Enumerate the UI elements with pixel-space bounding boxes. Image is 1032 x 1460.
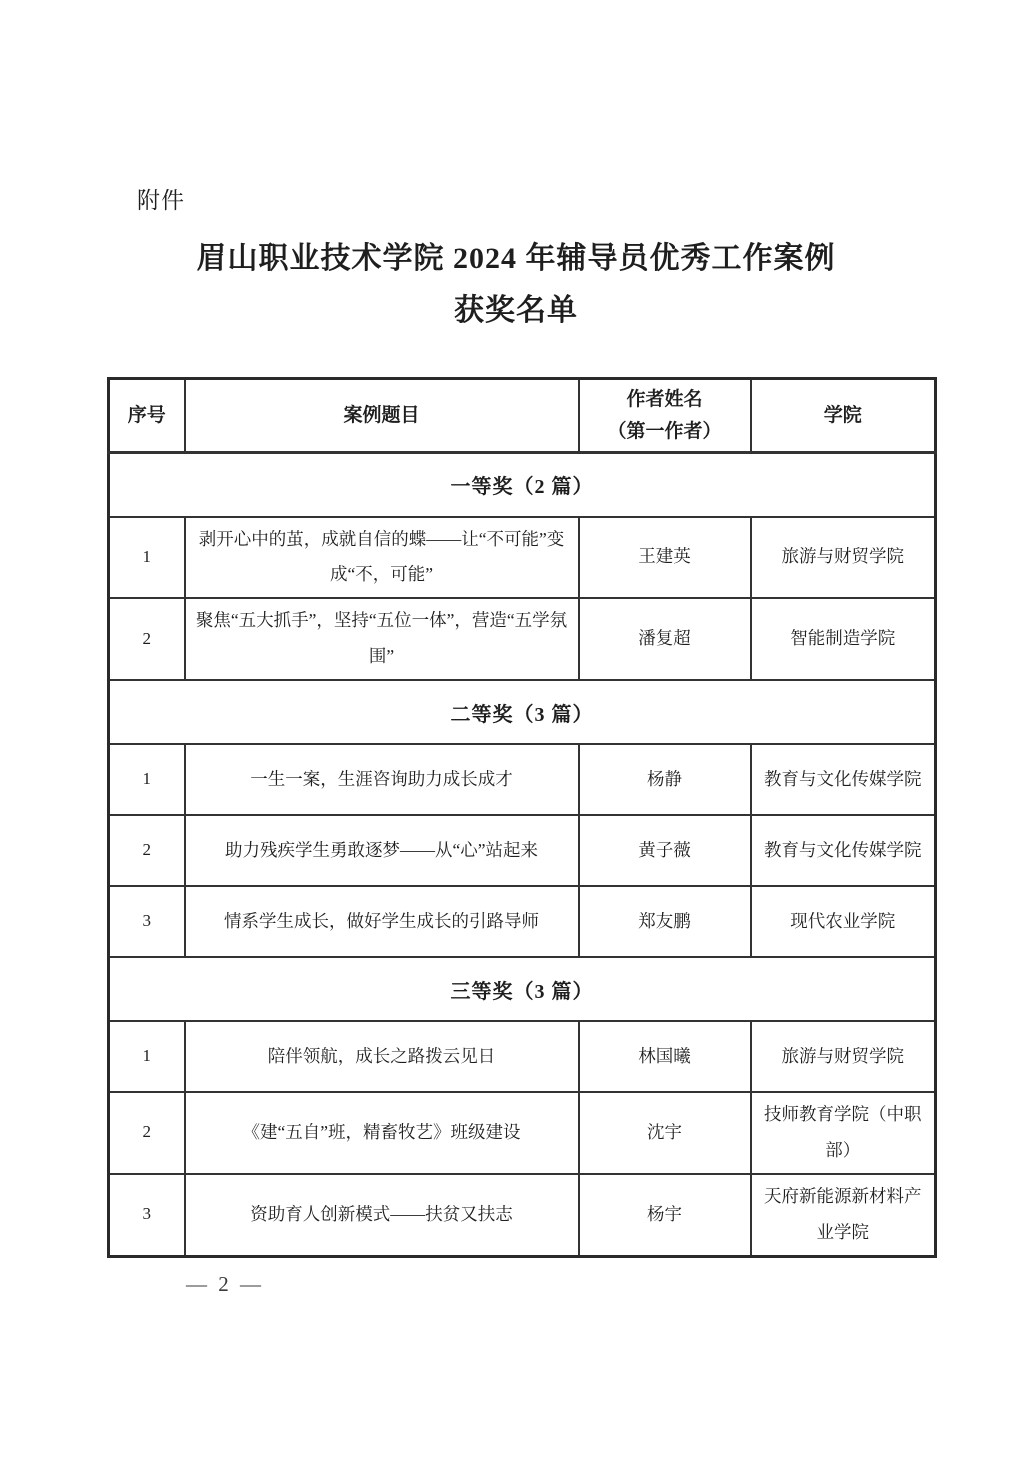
college-cell: 旅游与财贸学院 — [751, 517, 936, 599]
header-case-title: 案例题目 — [185, 379, 579, 453]
author-cell: 沈宇 — [579, 1092, 751, 1174]
college-cell: 教育与文化传媒学院 — [751, 744, 936, 815]
case-title-cell: 一生一案，生涯咨询助力成长成才 — [185, 744, 579, 815]
document-title-line1: 眉山职业技术学院 2024 年辅导员优秀工作案例 — [0, 233, 1032, 285]
author-cell: 杨宇 — [579, 1174, 751, 1256]
row-index: 3 — [109, 1174, 185, 1256]
author-cell: 郑友鹏 — [579, 886, 751, 957]
section-label: 一等奖（2 篇） — [109, 453, 936, 517]
case-title-cell: 情系学生成长，做好学生成长的引路导师 — [185, 886, 579, 957]
header-college: 学院 — [751, 379, 936, 453]
college-cell: 教育与文化传媒学院 — [751, 815, 936, 886]
section-label: 二等奖（3 篇） — [109, 680, 936, 744]
header-index: 序号 — [109, 379, 185, 453]
row-index: 2 — [109, 815, 185, 886]
document-title-line2: 获奖名单 — [0, 285, 1032, 337]
case-title-cell: 聚焦“五大抓手”，坚持“五位一体”，营造“五学氛围” — [185, 598, 579, 680]
section-row-second-prize: 二等奖（3 篇） — [109, 680, 936, 744]
table-header-row: 序号 案例题目 作者姓名 （第一作者） 学院 — [109, 379, 936, 453]
row-index: 2 — [109, 1092, 185, 1174]
section-row-third-prize: 三等奖（3 篇） — [109, 957, 936, 1021]
row-index: 1 — [109, 1021, 185, 1092]
author-cell: 王建英 — [579, 517, 751, 599]
header-author-line2: （第一作者） — [607, 421, 721, 442]
table-row: 1 陪伴领航，成长之路拨云见日 林国曦 旅游与财贸学院 — [109, 1021, 936, 1092]
table-row: 2 《建“五自”班，精畜牧艺》班级建设 沈宇 技师教育学院（中职部） — [109, 1092, 936, 1174]
document-page: 附件 眉山职业技术学院 2024 年辅导员优秀工作案例 获奖名单 序号 案例题目… — [0, 0, 1032, 1460]
header-author-line1: 作者姓名 — [626, 389, 702, 410]
awards-table: 序号 案例题目 作者姓名 （第一作者） 学院 一等奖（2 篇） 1 剥开心中的茧… — [107, 377, 937, 1258]
author-cell: 林国曦 — [579, 1021, 751, 1092]
document-title: 眉山职业技术学院 2024 年辅导员优秀工作案例 获奖名单 — [0, 233, 1032, 336]
case-title-cell: 助力残疾学生勇敢逐梦——从“心”站起来 — [185, 815, 579, 886]
college-cell: 智能制造学院 — [751, 598, 936, 680]
row-index: 1 — [109, 517, 185, 599]
author-cell: 黄子薇 — [579, 815, 751, 886]
row-index: 2 — [109, 598, 185, 680]
college-cell: 天府新能源新材料产业学院 — [751, 1174, 936, 1256]
college-cell: 现代农业学院 — [751, 886, 936, 957]
section-label: 三等奖（3 篇） — [109, 957, 936, 1021]
page-number: — 2 — — [186, 1272, 264, 1297]
table-row: 3 情系学生成长，做好学生成长的引路导师 郑友鹏 现代农业学院 — [109, 886, 936, 957]
table-row: 1 一生一案，生涯咨询助力成长成才 杨静 教育与文化传媒学院 — [109, 744, 936, 815]
case-title-cell: 《建“五自”班，精畜牧艺》班级建设 — [185, 1092, 579, 1174]
case-title-cell: 剥开心中的茧，成就自信的蝶——让“不可能”变成“不，可能” — [185, 517, 579, 599]
row-index: 1 — [109, 744, 185, 815]
section-row-first-prize: 一等奖（2 篇） — [109, 453, 936, 517]
table-row: 3 资助育人创新模式——扶贫又扶志 杨宇 天府新能源新材料产业学院 — [109, 1174, 936, 1256]
case-title-cell: 资助育人创新模式——扶贫又扶志 — [185, 1174, 579, 1256]
author-cell: 潘复超 — [579, 598, 751, 680]
case-title-cell: 陪伴领航，成长之路拨云见日 — [185, 1021, 579, 1092]
college-cell: 旅游与财贸学院 — [751, 1021, 936, 1092]
header-author: 作者姓名 （第一作者） — [579, 379, 751, 453]
table-row: 1 剥开心中的茧，成就自信的蝶——让“不可能”变成“不，可能” 王建英 旅游与财… — [109, 517, 936, 599]
table-row: 2 聚焦“五大抓手”，坚持“五位一体”，营造“五学氛围” 潘复超 智能制造学院 — [109, 598, 936, 680]
attachment-label: 附件 — [137, 182, 185, 215]
table-row: 2 助力残疾学生勇敢逐梦——从“心”站起来 黄子薇 教育与文化传媒学院 — [109, 815, 936, 886]
author-cell: 杨静 — [579, 744, 751, 815]
row-index: 3 — [109, 886, 185, 957]
college-cell: 技师教育学院（中职部） — [751, 1092, 936, 1174]
